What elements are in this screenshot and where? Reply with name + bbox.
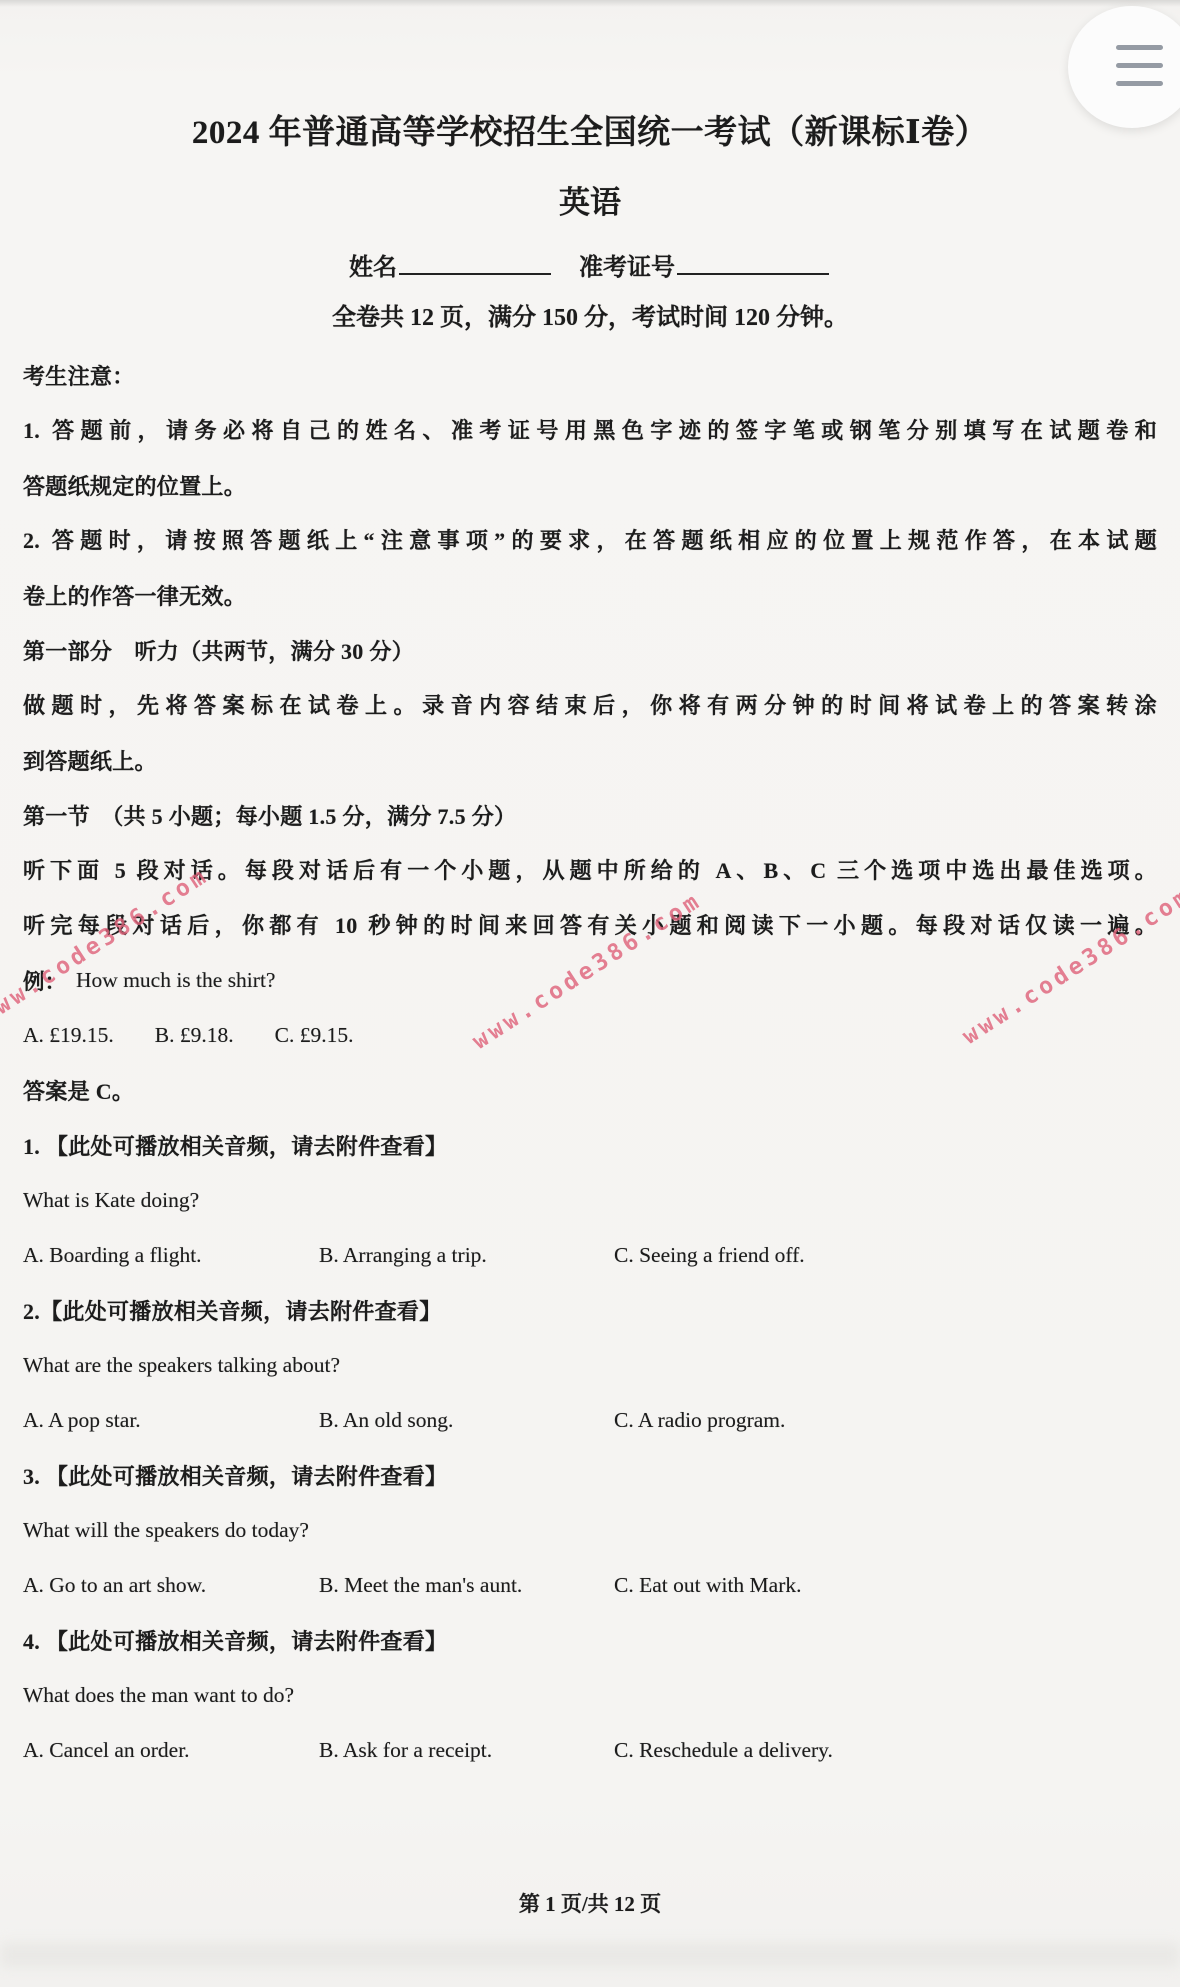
- example-question: 例：How much is the shirt?: [23, 953, 1157, 1008]
- text-line: 1. 【此处可播放相关音频，请去附件查看】: [23, 1118, 1157, 1173]
- answer-option: C. A radio program.: [614, 1408, 1157, 1433]
- question-text: What are the speakers talking about?: [23, 1338, 1157, 1393]
- text-line: 答案是 C。: [23, 1063, 1157, 1118]
- exam-title: 2024 年普通高等学校招生全国统一考试（新课标Ⅰ卷）: [23, 0, 1157, 156]
- text-line: 卷上的作答一律无效。: [23, 568, 1157, 623]
- answer-options-row: A. Boarding a flight.B. Arranging a trip…: [23, 1228, 1157, 1283]
- answer-option: C. Eat out with Mark.: [614, 1573, 1157, 1598]
- text-line: 考生注意：: [23, 348, 1157, 403]
- text-line: 第一节 （共 5 小题；每小题 1.5 分，满分 7.5 分）: [23, 788, 1157, 843]
- page-number-footer: 第 1 页/共 12 页: [0, 1888, 1180, 1918]
- answer-option: B. Meet the man's aunt.: [319, 1573, 614, 1598]
- answer-option: B. £9.18.: [155, 1023, 234, 1048]
- answer-option: A. A pop star.: [23, 1408, 319, 1433]
- answer-options-row: A. Go to an art show.B. Meet the man's a…: [23, 1558, 1157, 1613]
- answer-option: C. Seeing a friend off.: [614, 1243, 1157, 1268]
- answer-options-row: A. £19.15.B. £9.18.C. £9.15.: [23, 1008, 1157, 1063]
- exam-summary-line: 全卷共 12 页，满分 150 分，考试时间 120 分钟。: [23, 298, 1157, 338]
- exam-page: 2024 年普通高等学校招生全国统一考试（新课标Ⅰ卷） 英语 姓名准考证号 全卷…: [0, 0, 1180, 1778]
- answer-options-row: A. Cancel an order.B. Ask for a receipt.…: [23, 1723, 1157, 1778]
- name-label: 姓名: [349, 255, 397, 281]
- text-line: 做题时，先将答案标在试卷上。录音内容结束后，你将有两分钟的时间将试卷上的答案转涂: [23, 678, 1157, 733]
- answer-option: C. £9.15.: [275, 1023, 354, 1048]
- answer-option: A. Boarding a flight.: [23, 1243, 319, 1268]
- candidate-info-line: 姓名准考证号: [23, 246, 1157, 290]
- admission-number-blank-field: [677, 251, 829, 275]
- answer-option: B. Ask for a receipt.: [319, 1738, 614, 1763]
- text-line: 听完每段对话后，你都有 10 秒钟的时间来回答有关小题和阅读下一小题。每段对话仅…: [23, 898, 1157, 953]
- question-text: What is Kate doing?: [23, 1173, 1157, 1228]
- page-bottom-edge: [0, 1942, 1180, 1968]
- exam-subject: 英语: [23, 182, 1157, 224]
- text-line: 3. 【此处可播放相关音频，请去附件查看】: [23, 1448, 1157, 1503]
- answer-option: A. £19.15.: [23, 1023, 114, 1048]
- answer-options-row: A. A pop star.B. An old song.C. A radio …: [23, 1393, 1157, 1448]
- text-line: 1. 答题前，请务必将自己的姓名、准考证号用黑色字迹的签字笔或钢笔分别填写在试题…: [23, 403, 1157, 458]
- name-blank-field: [399, 251, 551, 275]
- answer-option: A. Go to an art show.: [23, 1573, 319, 1598]
- document-viewer-screen: 2024 年普通高等学校招生全国统一考试（新课标Ⅰ卷） 英语 姓名准考证号 全卷…: [0, 0, 1180, 1987]
- text-line: 2. 答题时，请按照答题纸上“注意事项”的要求，在答题纸相应的位置上规范作答，在…: [23, 513, 1157, 568]
- answer-option: B. An old song.: [319, 1408, 614, 1433]
- answer-option: B. Arranging a trip.: [319, 1243, 614, 1268]
- hamburger-menu-icon: [1116, 45, 1163, 86]
- text-line: 2.【此处可播放相关音频，请去附件查看】: [23, 1283, 1157, 1338]
- text-line: 4. 【此处可播放相关音频，请去附件查看】: [23, 1613, 1157, 1668]
- text-line: 听下面 5 段对话。每段对话后有一个小题，从题中所给的 A、B、C 三个选项中选…: [23, 843, 1157, 898]
- example-label: 例：: [23, 965, 66, 996]
- text-line: 答题纸规定的位置上。: [23, 458, 1157, 513]
- admission-number-label: 准考证号: [579, 255, 675, 281]
- exam-body: 考生注意：1. 答题前，请务必将自己的姓名、准考证号用黑色字迹的签字笔或钢笔分别…: [23, 348, 1157, 1778]
- answer-option: A. Cancel an order.: [23, 1738, 319, 1763]
- question-text: What does the man want to do?: [23, 1668, 1157, 1723]
- answer-option: C. Reschedule a delivery.: [614, 1738, 1157, 1763]
- text-line: 到答题纸上。: [23, 733, 1157, 788]
- text-line: 第一部分 听力（共两节，满分 30 分）: [23, 623, 1157, 678]
- question-text: What will the speakers do today?: [23, 1503, 1157, 1558]
